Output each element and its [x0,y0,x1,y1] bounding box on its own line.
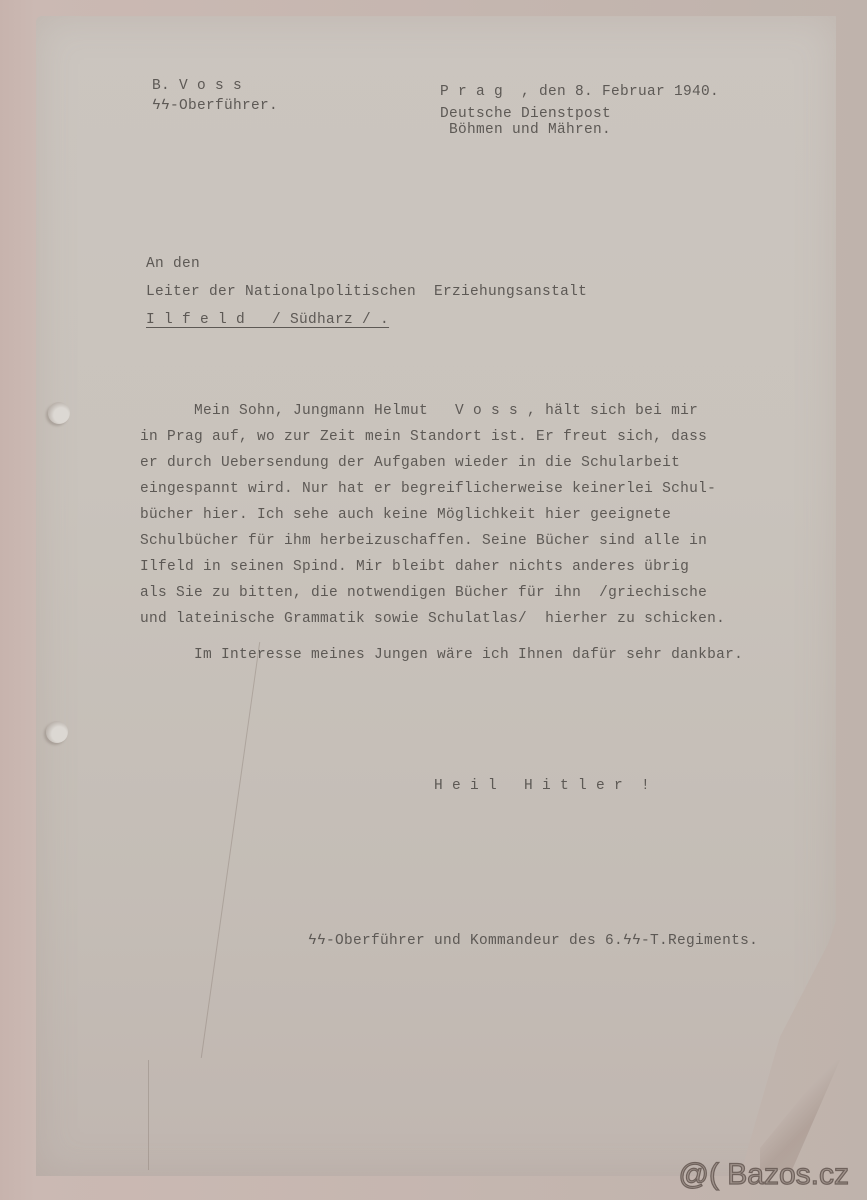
salutation: H e i l H i t l e r ! [434,778,650,794]
body-line: Schulbücher für ihm herbeizuschaffen. Se… [140,533,707,549]
body-line: Ilfeld in seinen Spind. Mir bleibt daher… [140,559,689,575]
body-line: als Sie zu bitten, die notwendigen Büche… [140,585,707,601]
place-date: P r a g , den 8. Februar 1940. [440,84,719,100]
punch-hole-top [48,402,70,424]
postal-line-1: Deutsche Dienstpost [440,106,611,122]
recipient-line-3: I l f e l d / Südharz / . [146,312,389,328]
sender-name: B. V o s s [152,78,242,94]
bazos-watermark: @( Bazos.cz [679,1158,850,1192]
sender-rank: ϟϟ-Oberführer. [152,98,278,114]
body-line: eingespannt wird. Nur hat er begreiflich… [140,481,716,497]
punch-hole-bottom [46,721,68,743]
postal-line-2: Böhmen und Mähren. [440,122,611,138]
body-line: bücher hier. Ich sehe auch keine Möglich… [140,507,671,523]
paper-crease [148,1060,149,1170]
body-line: in Prag auf, wo zur Zeit mein Standort i… [140,429,707,445]
signature-title: ϟϟ-Oberführer und Kommandeur des 6.ϟϟ-T.… [308,933,758,949]
folded-corner [760,1060,840,1170]
recipient-line-2: Leiter der Nationalpolitischen Erziehung… [146,284,587,300]
body-line: Mein Sohn, Jungmann Helmut V o s s , häl… [140,403,698,419]
body-line: und lateinische Grammatik sowie Schulatl… [140,611,725,627]
body-line: er durch Uebersendung der Aufgaben wiede… [140,455,680,471]
closing-paragraph: Im Interesse meines Jungen wäre ich Ihne… [140,647,743,663]
recipient-line-1: An den [146,256,200,272]
